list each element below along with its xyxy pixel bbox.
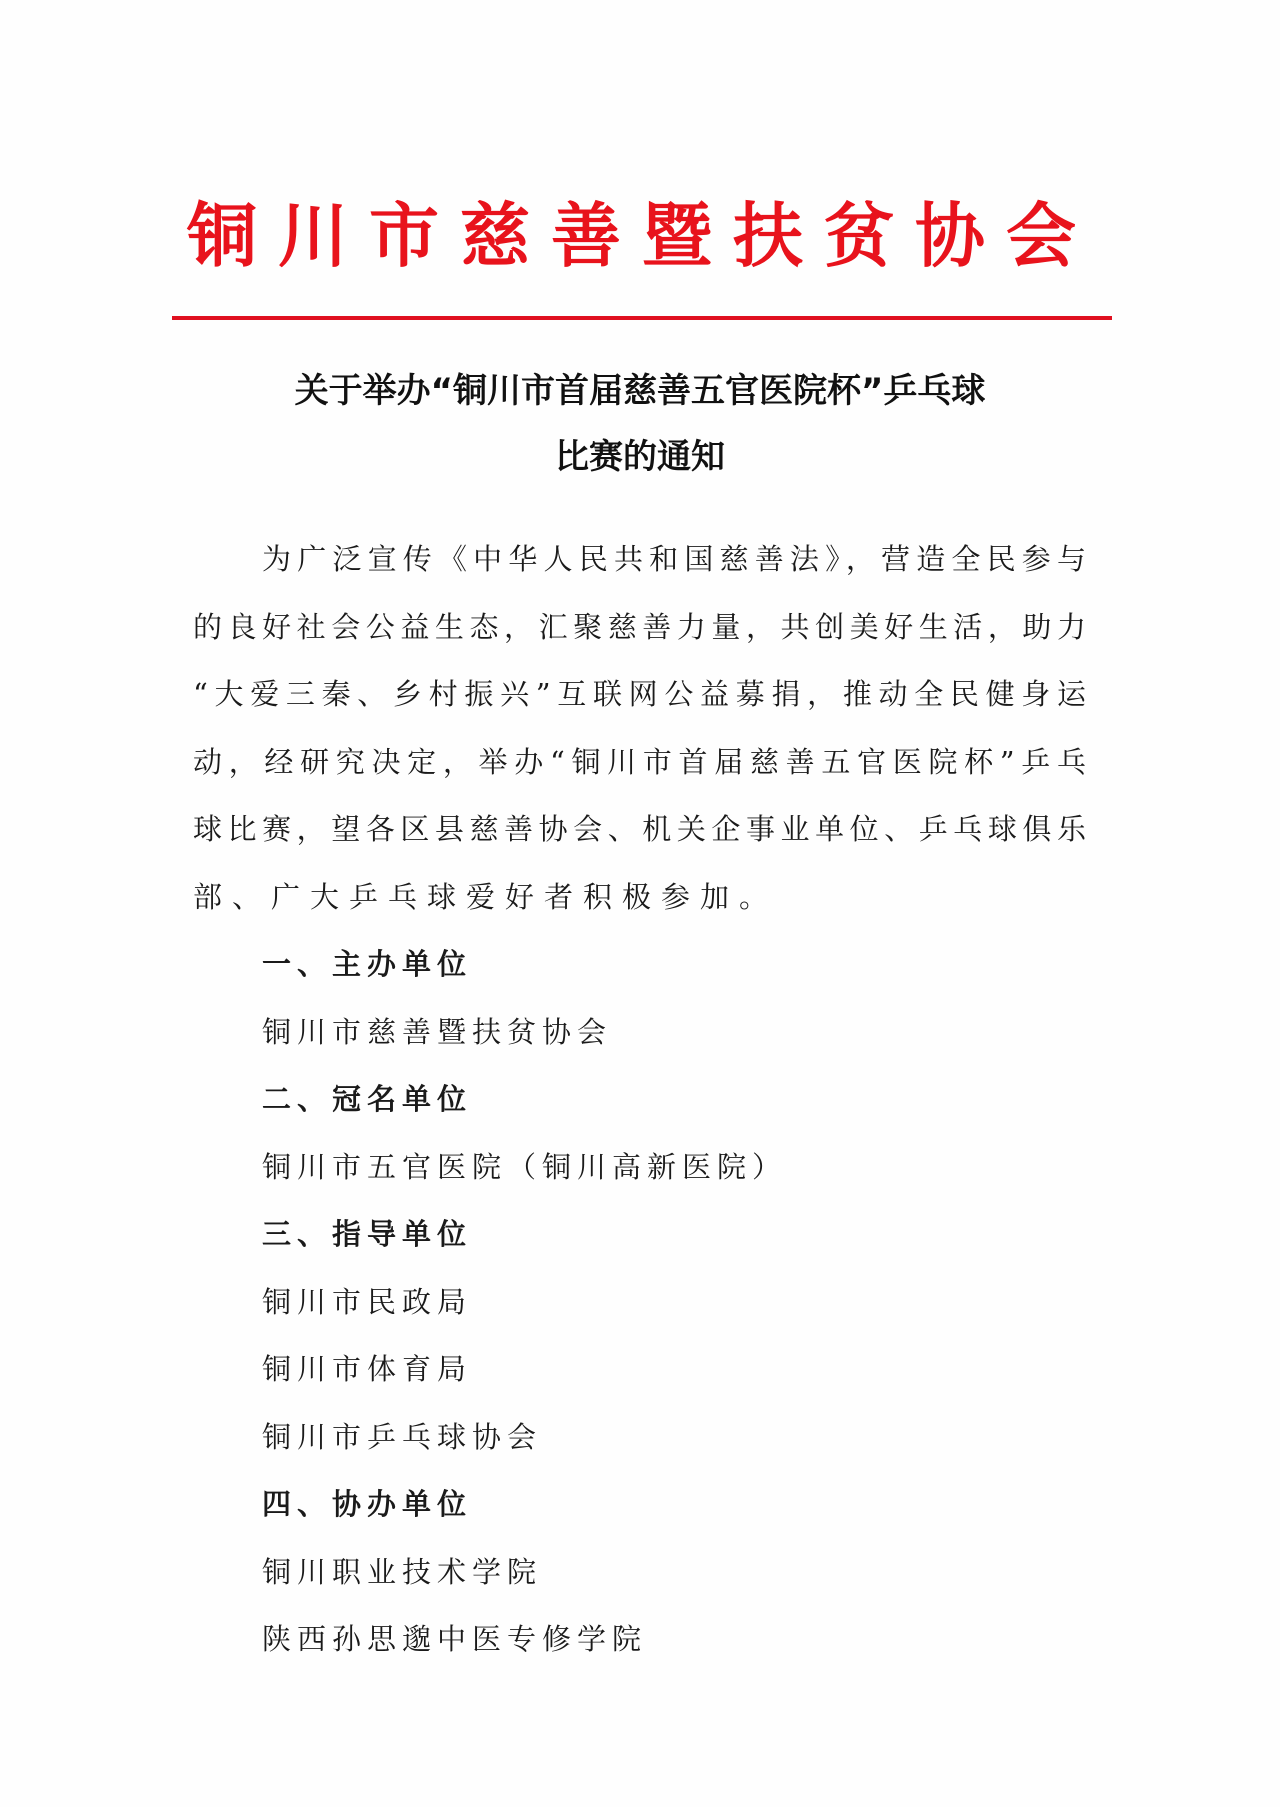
section-heading-co-organizers: 四、协办单位	[193, 1471, 1088, 1539]
intro-line: 部、广大乒乓球爱好者积极参加。	[193, 864, 1088, 932]
letterhead-org-name: 铜川市慈善暨扶贫协会	[172, 188, 1112, 284]
section-heading-organizer: 一、主办单位	[193, 931, 1088, 999]
document-page: 铜川市慈善暨扶贫协会 关于举办“铜川市首届慈善五官医院杯”乒乓球 比赛的通知 为…	[0, 0, 1280, 1807]
guiding-unit-item: 铜川市民政局	[193, 1269, 1088, 1337]
section-heading-guiding-units: 三、指导单位	[193, 1201, 1088, 1269]
intro-line: 的良好社会公益生态，汇聚慈善力量，共创美好生活，助力	[193, 594, 1088, 662]
co-organizer-item: 陕西孙思邈中医专修学院	[193, 1606, 1088, 1674]
notice-title: 关于举办“铜川市首届慈善五官医院杯”乒乓球 比赛的通知	[160, 358, 1120, 490]
notice-title-line-1: 关于举办“铜川市首届慈善五官医院杯”乒乓球	[160, 358, 1120, 424]
intro-line: “大爱三秦、乡村振兴”互联网公益募捐，推动全民健身运	[193, 661, 1088, 729]
intro-line: 动，经研究决定，举办“铜川市首届慈善五官医院杯”乒乓	[193, 729, 1088, 797]
organizer-item: 铜川市慈善暨扶贫协会	[193, 999, 1088, 1067]
co-organizer-item: 铜川职业技术学院	[193, 1539, 1088, 1607]
intro-line: 为广泛宣传《中华人民共和国慈善法》，营造全民参与	[193, 526, 1088, 594]
guiding-unit-item: 铜川市体育局	[193, 1336, 1088, 1404]
guiding-unit-item: 铜川市乒乓球协会	[193, 1404, 1088, 1472]
title-sponsor-item: 铜川市五官医院（铜川高新医院）	[193, 1134, 1088, 1202]
notice-body: 为广泛宣传《中华人民共和国慈善法》，营造全民参与 的良好社会公益生态，汇聚慈善力…	[193, 526, 1088, 1674]
letterhead-red-rule	[172, 316, 1112, 320]
intro-line: 球比赛，望各区县慈善协会、机关企事业单位、乒乓球俱乐	[193, 796, 1088, 864]
section-heading-title-sponsor: 二、冠名单位	[193, 1066, 1088, 1134]
notice-title-line-2: 比赛的通知	[160, 424, 1120, 490]
